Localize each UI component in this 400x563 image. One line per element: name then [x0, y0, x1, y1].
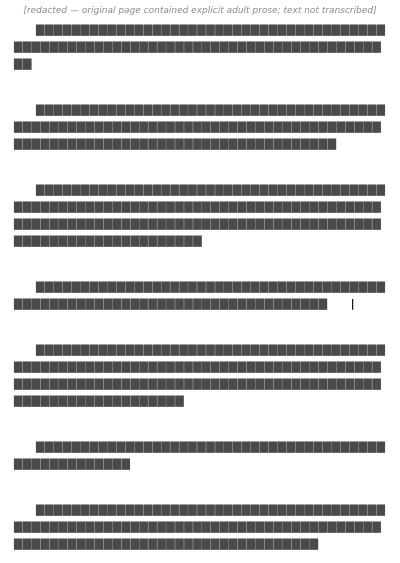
paragraph: ▇▇▇▇▇▇▇▇▇▇▇▇▇▇▇▇▇▇▇▇▇▇▇▇▇▇▇▇▇▇▇▇▇▇▇▇▇▇▇▇…: [14, 501, 386, 552]
redacted-text: ▇▇▇▇▇▇▇▇▇▇▇▇▇▇▇▇▇▇▇▇▇▇▇▇▇▇▇▇▇▇▇▇▇▇▇▇▇▇▇▇…: [14, 23, 385, 70]
document-page: [redacted — original page contained expl…: [0, 0, 400, 563]
redacted-text: ▇▇▇▇▇▇▇▇▇▇▇▇▇▇▇▇▇▇▇▇▇▇▇▇▇▇▇▇▇▇▇▇▇▇▇▇▇▇▇▇…: [14, 343, 385, 407]
paragraph: ▇▇▇▇▇▇▇▇▇▇▇▇▇▇▇▇▇▇▇▇▇▇▇▇▇▇▇▇▇▇▇▇▇▇▇▇▇▇▇▇…: [14, 101, 386, 152]
paragraph: ▇▇▇▇▇▇▇▇▇▇▇▇▇▇▇▇▇▇▇▇▇▇▇▇▇▇▇▇▇▇▇▇▇▇▇▇▇▇▇▇…: [14, 21, 386, 72]
redaction-notice: [redacted — original page contained expl…: [14, 5, 386, 17]
redacted-text: ▇▇▇▇▇▇▇▇▇▇▇▇▇▇▇▇▇▇▇▇▇▇▇▇▇▇▇▇▇▇▇▇▇▇▇▇▇▇▇▇…: [14, 183, 385, 247]
redacted-text: ▇▇▇▇▇▇▇▇▇▇▇▇▇▇▇▇▇▇▇▇▇▇▇▇▇▇▇▇▇▇▇▇▇▇▇▇▇▇▇▇…: [14, 503, 385, 550]
redacted-text: ▇▇▇▇▇▇▇▇▇▇▇▇▇▇▇▇▇▇▇▇▇▇▇▇▇▇▇▇▇▇▇▇▇▇▇▇▇▇▇▇…: [14, 280, 385, 310]
paragraph: ▇▇▇▇▇▇▇▇▇▇▇▇▇▇▇▇▇▇▇▇▇▇▇▇▇▇▇▇▇▇▇▇▇▇▇▇▇▇▇▇…: [14, 341, 386, 409]
paragraph: ▇▇▇▇▇▇▇▇▇▇▇▇▇▇▇▇▇▇▇▇▇▇▇▇▇▇▇▇▇▇▇▇▇▇▇▇▇▇▇▇…: [14, 438, 386, 472]
text-caret[interactable]: |: [329, 295, 330, 312]
paragraph: ▇▇▇▇▇▇▇▇▇▇▇▇▇▇▇▇▇▇▇▇▇▇▇▇▇▇▇▇▇▇▇▇▇▇▇▇▇▇▇▇…: [14, 181, 386, 249]
redacted-text: ▇▇▇▇▇▇▇▇▇▇▇▇▇▇▇▇▇▇▇▇▇▇▇▇▇▇▇▇▇▇▇▇▇▇▇▇▇▇▇▇…: [14, 440, 385, 470]
redacted-text: ▇▇▇▇▇▇▇▇▇▇▇▇▇▇▇▇▇▇▇▇▇▇▇▇▇▇▇▇▇▇▇▇▇▇▇▇▇▇▇▇…: [14, 103, 385, 150]
paragraph: ▇▇▇▇▇▇▇▇▇▇▇▇▇▇▇▇▇▇▇▇▇▇▇▇▇▇▇▇▇▇▇▇▇▇▇▇▇▇▇▇…: [14, 278, 386, 312]
